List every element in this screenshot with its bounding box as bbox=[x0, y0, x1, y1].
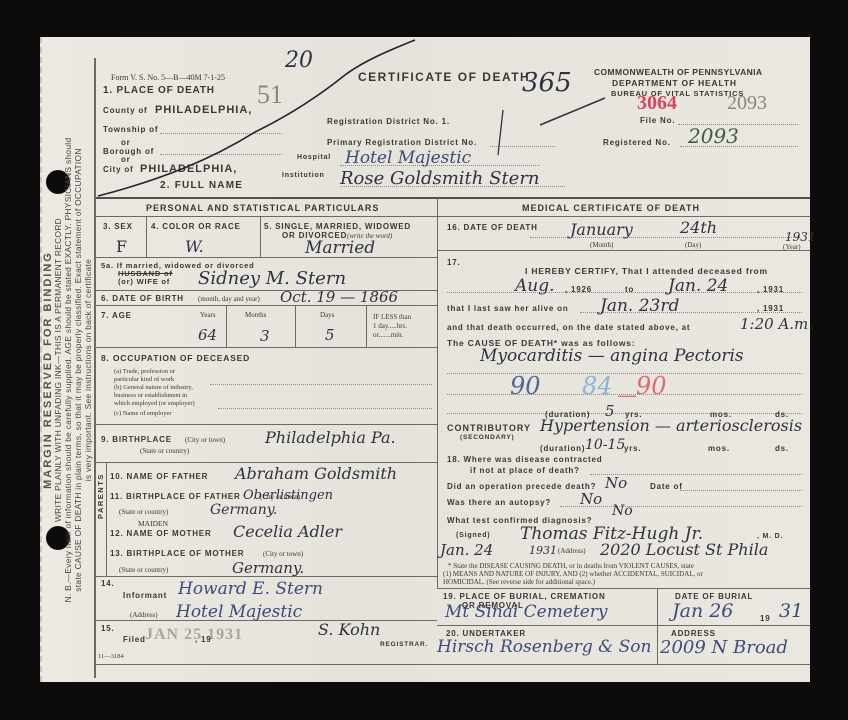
margin-ink-notice: WRITE PLAINLY WITH UNFADING INK—THIS IS … bbox=[53, 60, 63, 680]
cause-field-1 bbox=[447, 373, 802, 374]
marital-label: 5. SINGLE, MARRIED, WIDOWED bbox=[264, 222, 411, 231]
full-name-label: 2. FULL NAME bbox=[160, 180, 243, 191]
dod-month: January bbox=[570, 220, 633, 239]
day-hint: (Day) bbox=[685, 241, 701, 249]
borough-field bbox=[160, 154, 282, 155]
less-than-day-label: IF LESS than bbox=[373, 313, 411, 321]
contributory-duration-years: 10-15 bbox=[585, 437, 625, 453]
dob-value: Oct. 19 — 1866 bbox=[280, 288, 398, 306]
burial-place-value: Mt Sinai Cemetery bbox=[445, 602, 608, 622]
cause-code-2: 84 bbox=[582, 372, 613, 400]
handwritten-365: 365 bbox=[522, 68, 572, 98]
filed-year-prefix: , 19 bbox=[195, 635, 212, 644]
personal-header: PERSONAL AND STATISTICAL PARTICULARS bbox=[146, 203, 379, 213]
footnote-line-3: HOMICIDAL. (See reverse side for additio… bbox=[443, 578, 595, 586]
physician-address-label: (Address) bbox=[558, 547, 586, 555]
operation-label: Did an operation precede death? bbox=[447, 482, 596, 491]
month-hint: (Month) bbox=[590, 241, 613, 249]
occupation-c: (c) Name of employer bbox=[114, 410, 172, 417]
occupation-b-3: which employed (or employer) bbox=[114, 400, 195, 407]
full-name-value: Rose Goldsmith Stern bbox=[340, 168, 540, 189]
last-saw-label: that I last saw her alive on bbox=[447, 304, 569, 313]
father-value: Abraham Goldsmith bbox=[235, 464, 397, 483]
contributory-yrs: yrs. bbox=[624, 444, 641, 453]
cause-code-1: 90 bbox=[510, 372, 541, 400]
attended-to-year: , 1931 bbox=[757, 285, 784, 294]
informant-address-value: Hotel Majestic bbox=[176, 602, 302, 622]
registered-number-value: 2093 bbox=[688, 124, 739, 148]
cause-code-3: 90 bbox=[636, 372, 667, 400]
cell-rule bbox=[226, 305, 227, 347]
secondary-label: (SECONDARY) bbox=[460, 434, 514, 441]
city-value: PHILADELPHIA, bbox=[140, 163, 237, 175]
filed-number: 15. bbox=[101, 624, 115, 633]
primary-registration-label: Primary Registration District No. bbox=[327, 138, 477, 147]
county-value: PHILADELPHIA, bbox=[155, 104, 252, 116]
operation-date-field bbox=[680, 490, 802, 491]
cause-value: Myocarditis — angina Pectoris bbox=[480, 346, 744, 366]
township-field bbox=[160, 133, 282, 134]
medical-header: MEDICAL CERTIFICATE OF DEATH bbox=[522, 203, 700, 213]
occupation-label: 8. OCCUPATION OF DECEASED bbox=[101, 353, 250, 363]
cell-rule bbox=[260, 217, 261, 257]
father-state-hint: (State or country) bbox=[119, 508, 168, 516]
birthplace-label: 9. BIRTHPLACE bbox=[101, 435, 172, 444]
margin-rule bbox=[94, 58, 96, 678]
place-of-death-label: 1. PLACE OF DEATH bbox=[103, 85, 215, 96]
row-rule bbox=[96, 347, 437, 348]
attended-to: Jan. 24 bbox=[668, 276, 728, 296]
cell-rule bbox=[657, 588, 658, 664]
years-label: Years bbox=[200, 311, 216, 319]
cell-rule bbox=[146, 217, 147, 257]
certificate-title: CERTIFICATE OF DEATH bbox=[358, 70, 530, 84]
days-label: Days bbox=[320, 311, 334, 319]
filed-label: Filed bbox=[123, 635, 146, 644]
row-rule bbox=[96, 664, 437, 665]
margin-note-1: N. B.—Every item of information should b… bbox=[63, 60, 73, 680]
footnote-line-2: (1) MEANS AND NATURE OF INJURY, AND (2) … bbox=[443, 570, 703, 578]
cell-rule bbox=[295, 305, 296, 347]
row-rule bbox=[96, 424, 437, 425]
margin-reserved-label: MARGIN RESERVED FOR BINDING bbox=[43, 60, 53, 680]
burial-date-year: 31 bbox=[779, 600, 803, 622]
form-code: 11—3184 bbox=[98, 653, 124, 660]
mother-birthplace-label: 13. BIRTHPLACE OF MOTHER bbox=[110, 549, 244, 558]
age-months-value: 3 bbox=[260, 327, 270, 345]
city-label: City of bbox=[103, 165, 134, 174]
contributory-label: CONTRIBUTORY bbox=[447, 423, 531, 433]
hours-field: 1 day.....hrs. bbox=[373, 322, 407, 330]
year-hint: (Year) bbox=[783, 243, 801, 251]
informant-value: Howard E. Stern bbox=[178, 579, 323, 599]
issuer-line-1: COMMONWEALTH OF PENNSYLVANIA bbox=[594, 67, 762, 77]
dod-label: 16. DATE OF DEATH bbox=[447, 223, 538, 232]
primary-registration-field bbox=[490, 146, 555, 147]
attended-from-year: , 1926 bbox=[565, 285, 592, 294]
attended-from: Aug. bbox=[515, 276, 555, 296]
autopsy-label: Was there an autopsy? bbox=[447, 498, 551, 507]
occurred-label: and that death occurred, on the date sta… bbox=[447, 323, 690, 332]
burial-date-value: Jan 26 bbox=[672, 600, 733, 622]
informant-address-label: (Address) bbox=[130, 611, 158, 619]
registrar-label: REGISTRAR. bbox=[380, 641, 428, 648]
row-rule bbox=[437, 588, 810, 589]
informant-number: 14. bbox=[101, 579, 115, 588]
race-value: W. bbox=[185, 237, 204, 256]
hospital-label: Hospital bbox=[297, 154, 331, 161]
form-number: Form V. S. No. 5—B—40M 7-1-25 bbox=[111, 73, 225, 82]
column-divider bbox=[437, 198, 438, 588]
mother-label: 12. NAME OF MOTHER bbox=[110, 529, 212, 538]
gray-stamp-number: 2093 bbox=[727, 92, 767, 115]
registered-number-label: Registered No. bbox=[603, 138, 671, 147]
father-birthplace-country: Germany. bbox=[210, 502, 277, 518]
time-of-death: 1:20 A.m. bbox=[740, 315, 813, 333]
mother-value: Cecelia Adler bbox=[233, 522, 342, 541]
occupation-b-2: business or establishment in bbox=[114, 392, 187, 399]
age-years-value: 64 bbox=[198, 326, 217, 344]
or-label: or bbox=[121, 138, 131, 147]
registration-district-label: Registration District No. 1. bbox=[327, 117, 450, 126]
dod-day: 24th bbox=[680, 218, 717, 237]
row-rule bbox=[437, 250, 810, 251]
occupation-a-1: (a) Trade, profession or bbox=[114, 368, 175, 375]
cell-rule bbox=[366, 305, 367, 347]
handwritten-20: 20 bbox=[285, 48, 313, 73]
informant-label: Informant bbox=[123, 591, 167, 600]
occupation-a-2: particular kind of work bbox=[114, 376, 174, 383]
footnote-line-1: * State the DISEASE CAUSING DEATH, or in… bbox=[448, 562, 694, 570]
autopsy-field bbox=[560, 506, 802, 507]
issuer-line-2: DEPARTMENT OF HEALTH bbox=[612, 78, 737, 88]
age-days-value: 5 bbox=[325, 326, 335, 344]
date-of-label: Date of bbox=[650, 482, 683, 491]
mother-birthplace-country: Germany. bbox=[232, 559, 304, 577]
stamp-51: 51 bbox=[257, 80, 283, 110]
last-saw-value: Jan. 23rd bbox=[600, 296, 679, 316]
contributory-value: Hypertension — arteriosclerosis bbox=[540, 416, 802, 435]
hospital-value: Hotel Majestic bbox=[345, 148, 471, 168]
marital-value: Married bbox=[305, 238, 375, 258]
spouse-label-wife: (or) WIFE of bbox=[118, 277, 170, 286]
certification-number: 17. bbox=[447, 258, 461, 267]
spouse-value: Sidney M. Stern bbox=[198, 268, 346, 289]
race-label: 4. COLOR OR RACE bbox=[151, 222, 241, 231]
minutes-field: or.......min. bbox=[373, 331, 403, 339]
burial-date-century: 19 bbox=[760, 614, 771, 623]
where-contracted-label-2: if not at place of death? bbox=[470, 466, 580, 475]
red-stamp-number: 3064 bbox=[637, 92, 677, 115]
father-birthplace-city: Oberlistingen bbox=[243, 488, 333, 503]
certify-statement: I HEREBY CERTIFY, That I attended deceas… bbox=[525, 266, 768, 276]
test-value: No bbox=[612, 503, 633, 519]
institution-label: Institution bbox=[282, 172, 325, 179]
occupation-b-1: (b) General nature of industry, bbox=[114, 384, 193, 391]
sex-label: 3. SEX bbox=[103, 222, 133, 231]
township-label: Township of bbox=[103, 125, 158, 134]
county-label: County of bbox=[103, 106, 148, 115]
physician-address: 2020 Locust St Phila bbox=[600, 540, 768, 559]
md-label: , M. D. bbox=[757, 533, 783, 540]
dob-hint: (month, day and year) bbox=[198, 295, 260, 303]
mother-city-hint: (City or town) bbox=[263, 550, 303, 558]
birthplace-state-hint: (State or country) bbox=[140, 447, 189, 455]
contributory-ds: ds. bbox=[775, 444, 789, 453]
margin-note-2: state CAUSE OF DEATH in plain terms, so … bbox=[73, 60, 83, 680]
parents-rule bbox=[106, 462, 107, 576]
last-saw-year: , 1931 bbox=[757, 304, 784, 313]
mother-state-hint: (State or country) bbox=[119, 566, 168, 574]
occupation-industry-field bbox=[218, 408, 432, 409]
age-label: 7. AGE bbox=[101, 311, 132, 320]
row-rule bbox=[437, 625, 810, 626]
margin-instructions: MARGIN RESERVED FOR BINDING WRITE PLAINL… bbox=[44, 60, 92, 680]
father-label: 10. NAME OF FATHER bbox=[110, 472, 208, 481]
header-rule bbox=[96, 216, 810, 217]
signed-year: 1931 bbox=[529, 544, 557, 557]
row-rule bbox=[96, 462, 437, 463]
father-birthplace-label: 11. BIRTHPLACE OF FATHER bbox=[110, 492, 241, 501]
months-label: Months bbox=[245, 311, 266, 319]
birthplace-city-hint: (City or town) bbox=[185, 436, 225, 444]
parents-label: PARENTS bbox=[96, 473, 105, 519]
dob-label: 6. DATE OF BIRTH bbox=[101, 294, 184, 303]
dod-year: 1931 bbox=[785, 230, 816, 244]
contributory-mos: mos. bbox=[708, 444, 730, 453]
registrar-signature: S. Kohn bbox=[318, 620, 380, 639]
burial-address-value: 2009 N Broad bbox=[660, 637, 788, 658]
birthplace-value: Philadelphia Pa. bbox=[265, 428, 396, 447]
or-label: or bbox=[121, 155, 131, 164]
section-divider bbox=[96, 197, 810, 199]
maiden-label: MAIDEN bbox=[138, 519, 168, 528]
issuer-line-3: BUREAU OF VITAL STATISTICS bbox=[611, 89, 744, 98]
occupation-trade-field bbox=[210, 384, 432, 385]
code-dash: — bbox=[618, 385, 636, 406]
undertaker-value: Hirsch Rosenberg & Son bbox=[437, 637, 651, 657]
sex-value: F bbox=[116, 237, 127, 256]
where-contracted-label: 18. Where was disease contracted bbox=[447, 455, 602, 464]
signed-label: (Signed) bbox=[456, 532, 490, 539]
burial-place-label: 19. PLACE OF BURIAL, CREMATION bbox=[443, 592, 606, 601]
to-label: to bbox=[625, 285, 634, 294]
margin-note-3: is very important. See instructions on b… bbox=[83, 60, 93, 680]
signed-date: Jan. 24 bbox=[440, 541, 493, 559]
file-number-label: File No. bbox=[640, 116, 675, 125]
row-rule bbox=[96, 257, 437, 258]
operation-value: No bbox=[605, 474, 627, 492]
row-rule bbox=[437, 664, 810, 665]
contributory-duration-label: (duration) bbox=[540, 444, 585, 453]
